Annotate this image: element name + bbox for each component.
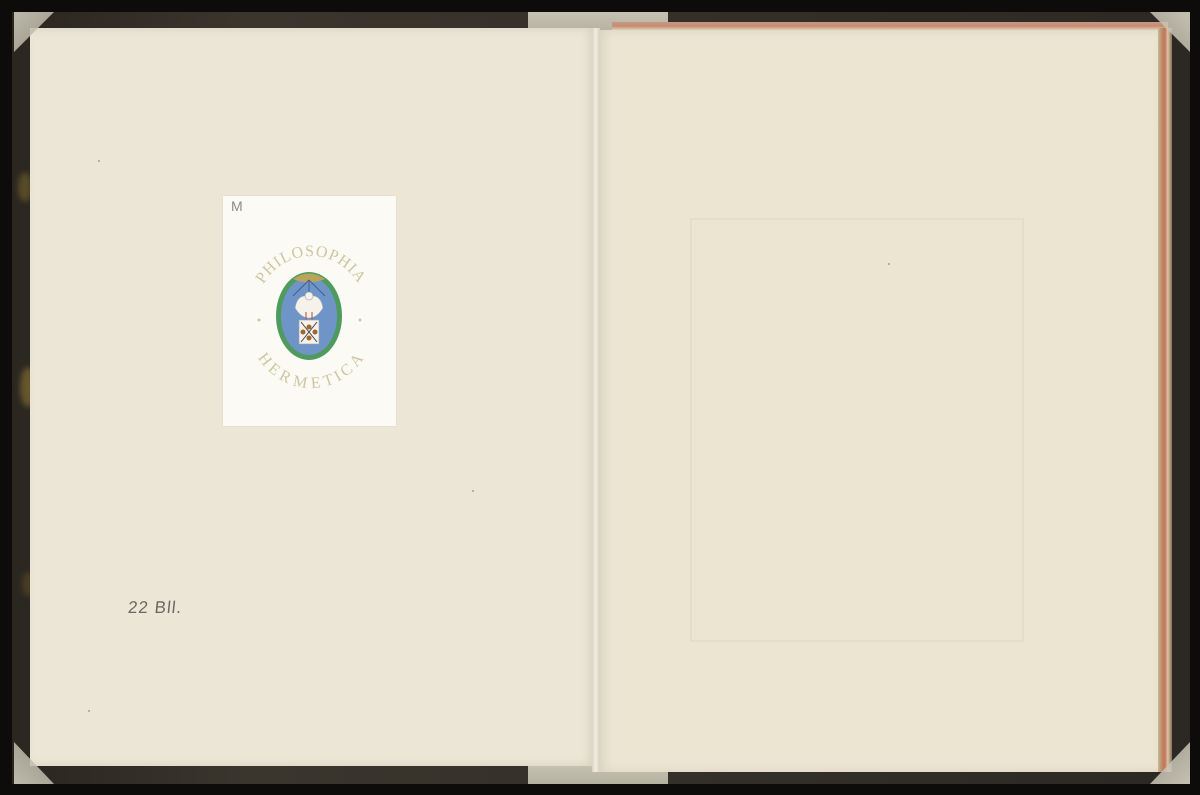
- book-scan: (illegible bleed-through title) M PHILOS…: [0, 0, 1200, 795]
- bleed-through-woodcut-frame: [690, 218, 1024, 642]
- bleed-through-title: (illegible bleed-through title): [690, 78, 1200, 125]
- pelican-emblem-icon: PHILOSOPHIA HERMETICA: [223, 196, 396, 426]
- bookplate: M PHILOSOPHIA HERMETICA: [223, 196, 396, 426]
- handwritten-leaf-count: 22 Bll.: [127, 598, 183, 618]
- paper-speck: [98, 160, 100, 162]
- paper-speck: [472, 490, 474, 492]
- page-top-edge: [612, 22, 1168, 30]
- page-fore-edge: [1158, 28, 1172, 772]
- paper-speck: [88, 710, 90, 712]
- gutter-fold: [592, 28, 600, 772]
